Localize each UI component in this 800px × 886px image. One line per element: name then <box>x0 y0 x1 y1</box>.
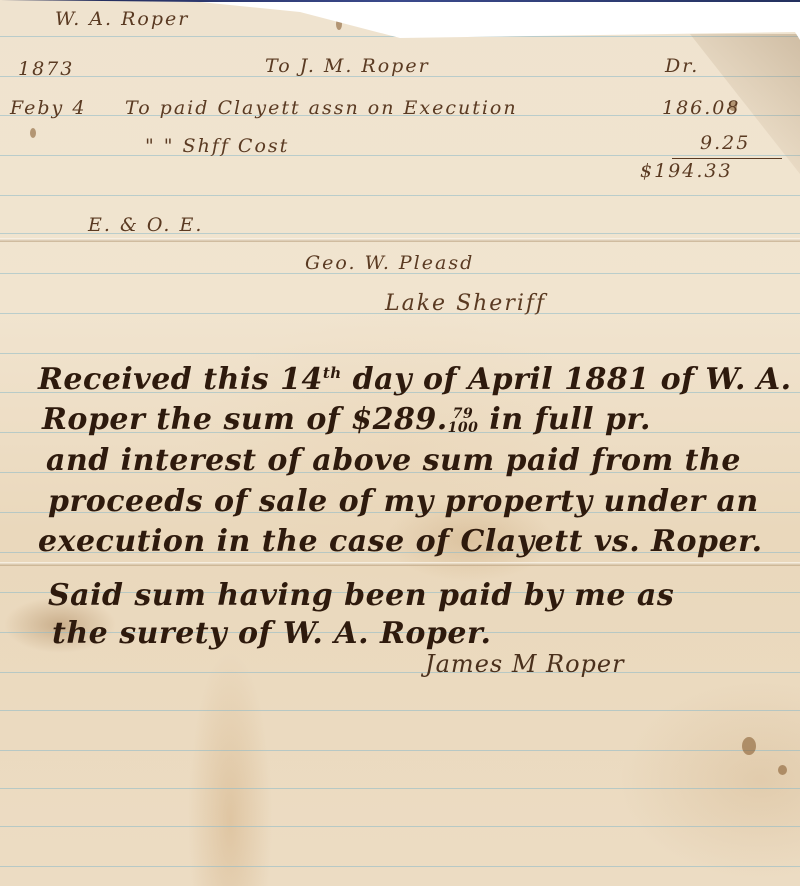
ledger-dr-label: Dr. <box>665 55 699 77</box>
ledger-year: 1873 <box>18 58 74 80</box>
receipt-year: 1881 <box>564 362 650 397</box>
ledger-entry-description: To paid Clayett assn on Execution <box>125 97 518 119</box>
rule-line <box>0 155 800 156</box>
receipt-amount-cents: 79100 <box>448 407 479 435</box>
ledger-total: $194.33 <box>640 160 733 182</box>
receipt-day: 14 <box>280 362 323 397</box>
receipt-line-2: Roper the sum of $289.79100 in full pr. <box>42 402 651 437</box>
ledger-to-line: To J. M. Roper <box>265 55 430 77</box>
ledger-header-name: W. A. Roper <box>55 8 189 30</box>
rule-line <box>0 826 800 827</box>
ink-stain <box>30 128 36 138</box>
rule-line <box>0 36 800 37</box>
signature: James M Roper <box>425 650 625 678</box>
rule-line <box>0 750 800 751</box>
receipt-line-3: and interest of above sum paid from the <box>46 443 741 478</box>
receipt-text: Roper the sum of <box>42 402 351 437</box>
cents-numerator: 79 <box>448 407 479 421</box>
receipt-text: of W. A. <box>650 362 792 397</box>
rule-line <box>0 195 800 196</box>
fold-crease <box>0 238 800 242</box>
receipt-text: in full pr. <box>478 402 651 437</box>
receipt-amount: $289. <box>351 402 447 437</box>
fold-crease <box>0 562 800 566</box>
water-stain <box>742 737 756 755</box>
ledger-entry-date: Feby 4 <box>10 97 86 119</box>
rule-line <box>0 710 800 711</box>
ledger-entry-amount: 9.25 <box>700 132 750 154</box>
receipt-line-5: execution in the case of Clayett vs. Rop… <box>38 524 763 559</box>
endorsement-title: Lake Sheriff <box>385 291 546 316</box>
receipt-line-4: proceeds of sale of my property under an <box>48 484 759 519</box>
receipt-line-7: the surety of W. A. Roper. <box>52 616 491 651</box>
water-stain <box>778 765 787 775</box>
document-paper: W. A. Roper 1873 To J. M. Roper Dr. Feby… <box>0 0 800 886</box>
cents-denominator: 100 <box>448 421 479 435</box>
ledger-eoe: E. & O. E. <box>88 214 203 236</box>
receipt-month: April <box>468 362 553 397</box>
receipt-line-6: Said sum having been paid by me as <box>48 578 674 613</box>
rule-line <box>0 866 800 867</box>
rule-line <box>0 353 800 354</box>
ledger-entry-amount: 186.08 <box>662 97 740 119</box>
rule-line <box>0 788 800 789</box>
receipt-line-1: Received this 14th day of April 1881 of … <box>38 362 792 397</box>
total-underline <box>672 158 782 159</box>
receipt-text: Received this <box>38 362 280 397</box>
rule-line <box>0 672 800 673</box>
ink-stain <box>336 18 342 30</box>
receipt-text: day of <box>342 362 468 397</box>
endorsement-name: Geo. W. Pleasd <box>305 252 474 274</box>
ledger-entry-description: " " Shff Cost <box>145 135 289 157</box>
receipt-day-suffix: th <box>323 364 342 382</box>
